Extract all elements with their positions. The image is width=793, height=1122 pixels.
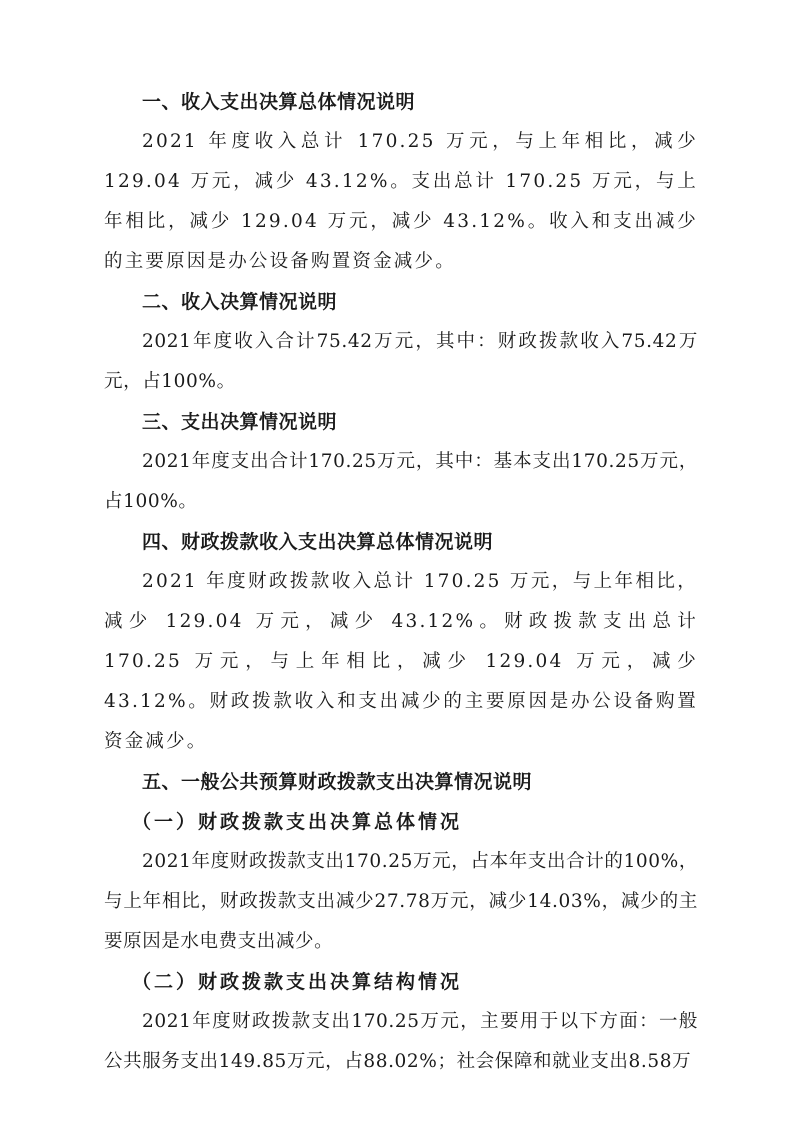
section-1-paragraph: 2021 年度收入总计 170.25 万元，与上年相比，减少 129.04 万元… xyxy=(104,122,698,282)
document-page: 一、收入支出决算总体情况说明 2021 年度收入总计 170.25 万元，与上年… xyxy=(104,82,698,1082)
section-5-1-paragraph: 2021年度财政拨款支出170.25万元，占本年支出合计的100%，与上年相比，… xyxy=(104,842,698,962)
section-4-paragraph: 2021 年度财政拨款收入总计 170.25 万元，与上年相比，减少 129.0… xyxy=(104,562,698,762)
section-5-2-heading: （二）财政拨款支出决算结构情况 xyxy=(104,962,698,1002)
section-5-2-paragraph: 2021年度财政拨款支出170.25万元，主要用于以下方面：一般公共服务支出14… xyxy=(104,1002,698,1082)
section-2-paragraph: 2021年度收入合计75.42万元，其中：财政拨款收入75.42万元，占100%… xyxy=(104,322,698,402)
section-3-heading: 三、支出决算情况说明 xyxy=(104,402,698,442)
section-2-heading: 二、收入决算情况说明 xyxy=(104,282,698,322)
section-1-heading: 一、收入支出决算总体情况说明 xyxy=(104,82,698,122)
section-3-paragraph: 2021年度支出合计170.25万元，其中：基本支出170.25万元，占100%… xyxy=(104,442,698,522)
section-4-heading: 四、财政拨款收入支出决算总体情况说明 xyxy=(104,522,698,562)
section-5-heading: 五、一般公共预算财政拨款支出决算情况说明 xyxy=(104,762,698,802)
section-5-1-heading: （一）财政拨款支出决算总体情况 xyxy=(104,802,698,842)
